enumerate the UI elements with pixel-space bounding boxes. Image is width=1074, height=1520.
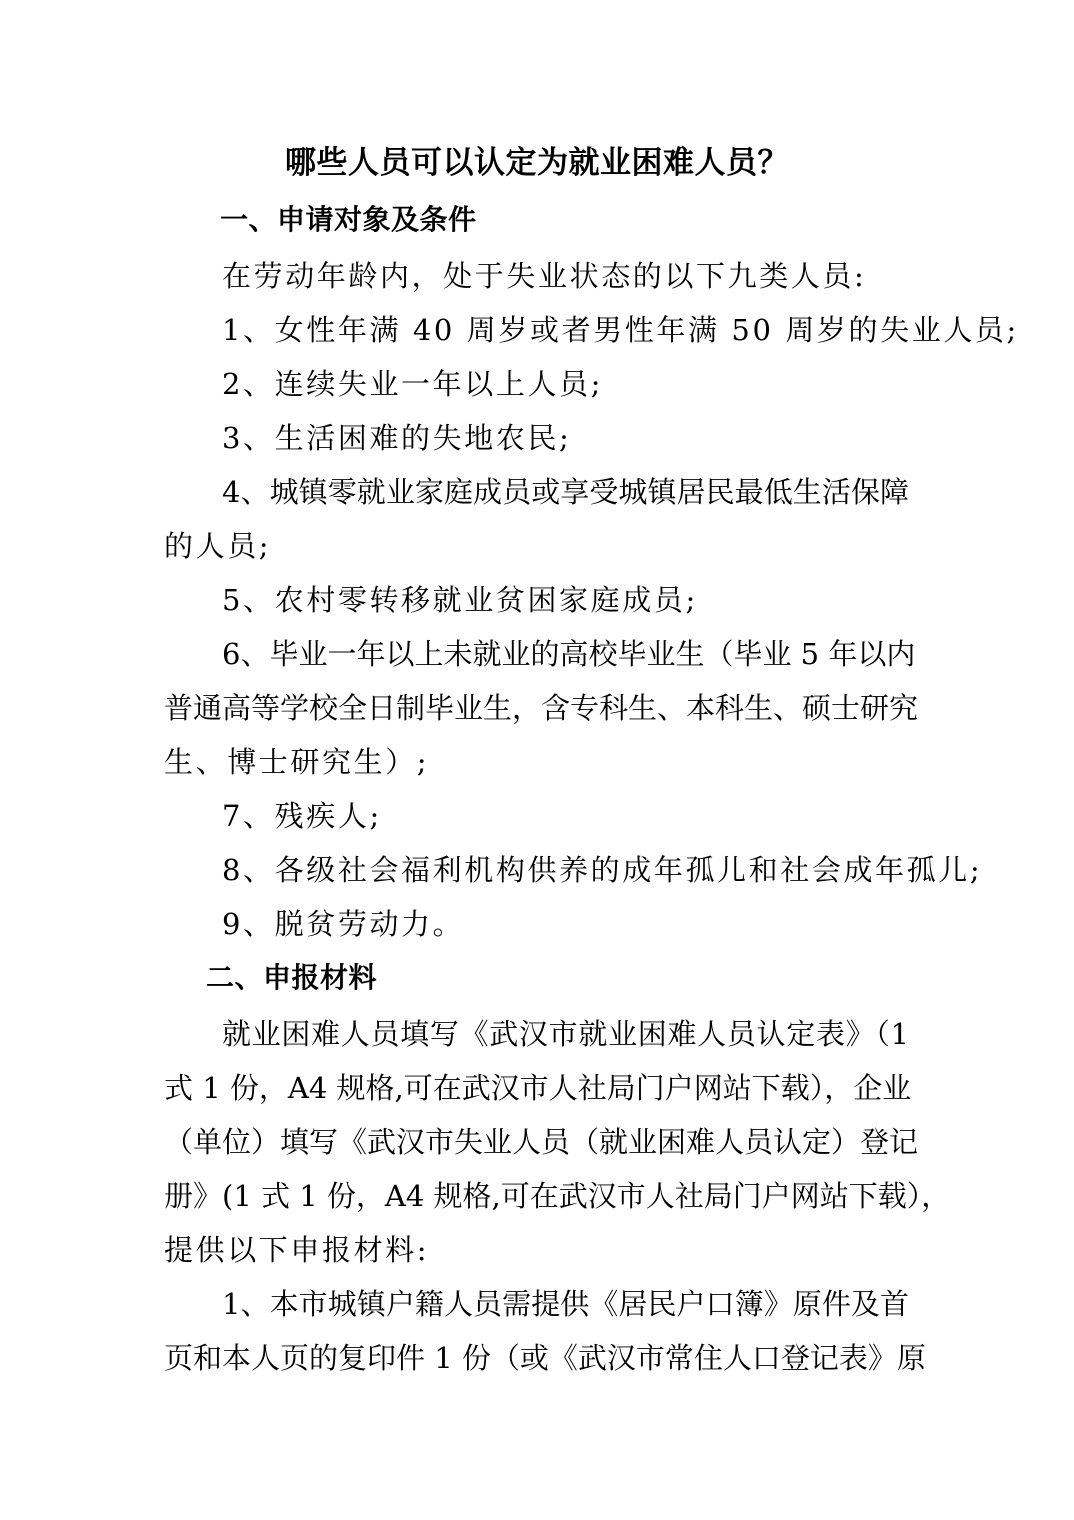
document-page: 哪些人员可以认定为就业困难人员？ 一、申请对象及条件 在劳动年龄内，处于失业状态…	[0, 0, 1074, 1520]
list-item-5: 5、农村零转移就业贫困家庭成员;	[222, 580, 698, 620]
materials-item-1-line-2: 页和本人页的复印件 1 份（或《武汉市常住人口登记表》原	[164, 1338, 909, 1378]
list-item-7: 7、残疾人;	[222, 796, 382, 836]
list-item-2: 2、连续失业一年以上人员;	[222, 364, 603, 404]
list-item-6-line-2: 普通高等学校全日制毕业生，含专科生、本科生、硕士研究	[164, 688, 909, 728]
list-item-1: 1、女性年满 40 周岁或者男性年满 50 周岁的失业人员;	[222, 310, 1019, 350]
section-heading-materials: 二、申报材料	[206, 958, 377, 998]
list-item-8: 8、各级社会福利机构供养的成年孤儿和社会成年孤儿;	[222, 850, 982, 890]
materials-paragraph-line-1: 就业困难人员填写《武汉市就业困难人员认定表》（1	[164, 1014, 909, 1054]
materials-paragraph-line-4: 册》(1 式 1 份，A4 规格,可在武汉市人社局门户网站下载），	[164, 1176, 909, 1216]
list-item-6-line-3: 生、博士研究生）;	[164, 742, 429, 782]
section-intro: 在劳动年龄内，处于失业状态的以下九类人员:	[222, 256, 866, 296]
list-item-6-line-1: 6、毕业一年以上未就业的高校毕业生（毕业 5 年以内	[164, 634, 909, 674]
section-heading-eligibility: 一、申请对象及条件	[220, 200, 477, 240]
document-title: 哪些人员可以认定为就业困难人员？	[0, 141, 1074, 185]
materials-paragraph-line-2: 式 1 份，A4 规格,可在武汉市人社局门户网站下载），企业	[164, 1068, 909, 1108]
list-item-4-line-1: 4、城镇零就业家庭成员或享受城镇居民最低生活保障	[164, 472, 909, 512]
materials-paragraph-line-3: （单位）填写《武汉市失业人员（就业困难人员认定）登记	[164, 1122, 909, 1162]
list-item-3: 3、生活困难的失地农民;	[222, 418, 571, 458]
materials-item-1-line-1: 1、本市城镇户籍人员需提供《居民户口簿》原件及首	[164, 1284, 909, 1324]
list-item-4-line-2: 的人员;	[164, 526, 271, 566]
materials-paragraph-line-5: 提供以下申报材料:	[164, 1230, 429, 1270]
list-item-9: 9、脱贫劳动力。	[222, 904, 464, 944]
